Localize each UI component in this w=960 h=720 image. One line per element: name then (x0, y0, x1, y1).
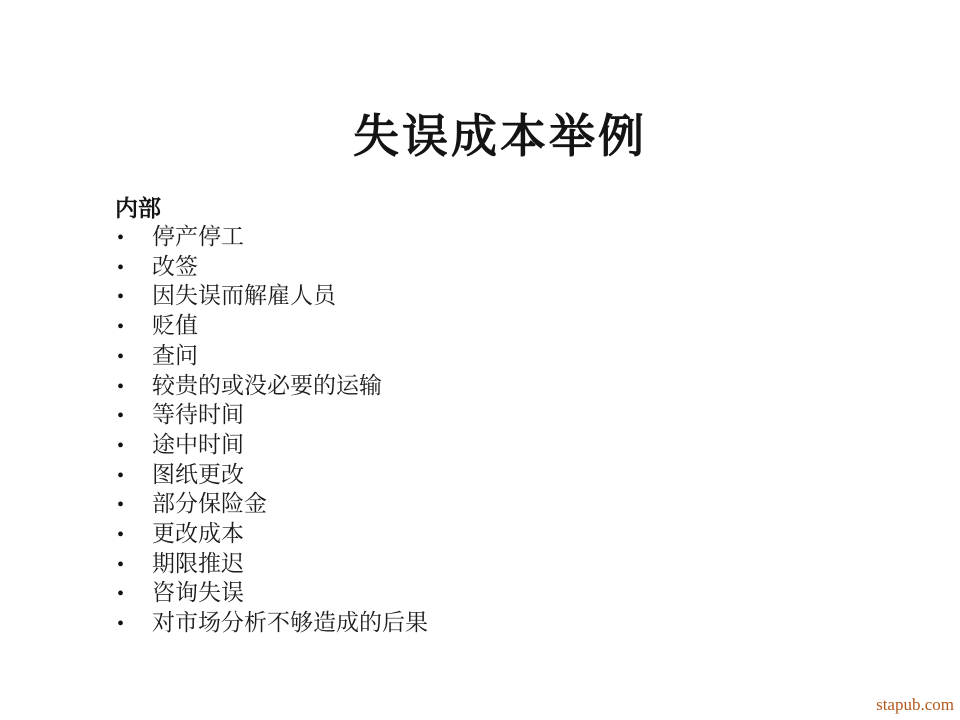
bullet-item: •查问 (115, 342, 875, 372)
bullet-text: 咨询失误 (152, 579, 875, 608)
bullet-item: •咨询失误 (115, 579, 875, 609)
bullet-dot-icon: • (115, 254, 152, 283)
bullet-text: 部分保险金 (152, 490, 875, 519)
bullet-text: 等待时间 (152, 401, 875, 430)
bullet-item: •图纸更改 (115, 461, 875, 491)
bullet-dot-icon: • (115, 521, 152, 550)
bullet-dot-icon: • (115, 224, 152, 253)
slide-title: 失误成本举例 (40, 100, 960, 166)
section-heading: 内部 (115, 194, 875, 223)
bullet-dot-icon: • (115, 283, 152, 312)
bullet-text: 较贵的或没必要的运输 (152, 372, 875, 401)
watermark: stapub.com (876, 695, 954, 715)
presentation-slide: 失误成本举例 内部 •停产停工•改签•因失误而解雇人员•贬值•查问•较贵的或没必… (0, 0, 960, 720)
bullet-text: 查问 (152, 342, 875, 371)
bullet-text: 停产停工 (152, 223, 875, 252)
bullet-dot-icon: • (115, 610, 152, 639)
bullet-text: 期限推迟 (152, 550, 875, 579)
bullet-dot-icon: • (115, 343, 152, 372)
bullet-dot-icon: • (115, 373, 152, 402)
bullet-text: 对市场分析不够造成的后果 (152, 609, 875, 638)
bullet-item: •期限推迟 (115, 550, 875, 580)
bullet-item: •对市场分析不够造成的后果 (115, 609, 875, 639)
bullet-list: •停产停工•改签•因失误而解雇人员•贬值•查问•较贵的或没必要的运输•等待时间•… (115, 223, 875, 639)
bullet-item: •贬值 (115, 312, 875, 342)
bullet-text: 途中时间 (152, 431, 875, 460)
bullet-item: •部分保险金 (115, 490, 875, 520)
bullet-text: 贬值 (152, 312, 875, 341)
bullet-dot-icon: • (115, 432, 152, 461)
slide-body: 内部 •停产停工•改签•因失误而解雇人员•贬值•查问•较贵的或没必要的运输•等待… (115, 194, 875, 639)
bullet-dot-icon: • (115, 491, 152, 520)
bullet-text: 因失误而解雇人员 (152, 282, 875, 311)
bullet-text: 图纸更改 (152, 461, 875, 490)
bullet-dot-icon: • (115, 551, 152, 580)
bullet-item: •等待时间 (115, 401, 875, 431)
bullet-item: •途中时间 (115, 431, 875, 461)
bullet-dot-icon: • (115, 313, 152, 342)
bullet-item: •更改成本 (115, 520, 875, 550)
bullet-item: •改签 (115, 253, 875, 283)
bullet-item: •较贵的或没必要的运输 (115, 372, 875, 402)
bullet-item: •停产停工 (115, 223, 875, 253)
bullet-item: •因失误而解雇人员 (115, 282, 875, 312)
bullet-dot-icon: • (115, 580, 152, 609)
bullet-dot-icon: • (115, 402, 152, 431)
bullet-text: 更改成本 (152, 520, 875, 549)
bullet-dot-icon: • (115, 462, 152, 491)
bullet-text: 改签 (152, 253, 875, 282)
